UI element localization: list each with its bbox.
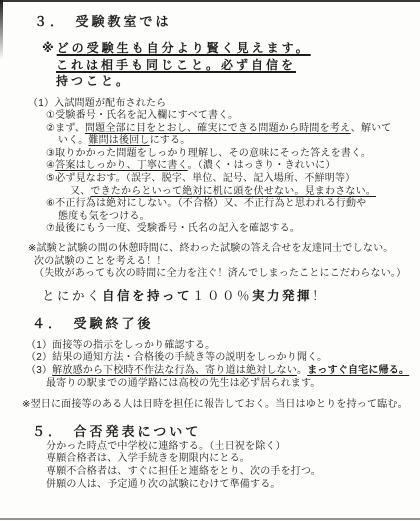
text-run: ①受験番号・氏名を記入欄にすべて書く。 bbox=[46, 110, 238, 121]
document-body: ３． 受験教室では※どの受験生も自分より賢く見えます。これは相手も同じこと。必ず… bbox=[0, 0, 420, 491]
text-run: ４． 受験終了後 bbox=[32, 316, 154, 331]
notice-line-3: 持つこと。 bbox=[0, 73, 420, 90]
text-run: （2）結果の通知方法・合格後の手続き等の説明をしっかり聞く。 bbox=[26, 352, 327, 363]
text-run: 最寄りの駅までの通学路には高校の先生は必ず居られます。 bbox=[46, 378, 321, 389]
text-run: 自信を持って bbox=[102, 289, 192, 303]
text-run: 専願不合格者は、すぐに担任と連絡をとり、次の手を打つ。 bbox=[46, 466, 321, 477]
text-run: （1）入試問題が配布されたら bbox=[28, 98, 166, 109]
item-4: ④答案はしっかり、丁寧に書く。（濃く・はっきり・きれいに） bbox=[0, 160, 420, 173]
note-nextday: ※翌日に面接等のある人は日時を担任に報告しておく。当日はゆとりを持って臨む。 bbox=[0, 399, 420, 412]
result-3: 専願不合格者は、すぐに担任と連絡をとり、次の手を打つ。 bbox=[0, 466, 420, 479]
note-break-2: 次の試験のことを考える！！ bbox=[0, 256, 420, 269]
item-7: ⑦最後にもう一度、受験番号・氏名の記入を確認する。 bbox=[0, 223, 420, 236]
text-run: ⑥不正行為は絶対にしない。（不合格）又、不正行為と思われる行動や bbox=[46, 198, 366, 209]
text-run: とにかく bbox=[42, 289, 102, 303]
text-run: １００％ bbox=[192, 289, 252, 303]
text-run: ！ bbox=[312, 289, 327, 303]
section-5-heading: ５． 合否発表について bbox=[0, 424, 420, 440]
text-run: ※翌日に面接等のある人は日時を担任に報告しておく。当日はゆとりを持って臨む。 bbox=[22, 399, 408, 410]
text-run: 。（濃く・はっきり・きれいに） bbox=[188, 160, 336, 171]
result-1: 分かった時点で中学校に連絡する。（土日祝を除く） bbox=[0, 441, 420, 454]
text-run: （3） bbox=[26, 365, 52, 376]
item-5b: 又、できたからといって絶対に机に頭を伏せない。見まわさない。 bbox=[0, 186, 420, 199]
text-run: ⑤必ず見なおす。（誤字、脱字、単位、記号、記入場所、不鮮明等） bbox=[46, 173, 355, 184]
text-run: 解放感から下校時不作法な行為、寄り道は絶対しない bbox=[52, 365, 297, 376]
text-run: 持つこと。 bbox=[56, 74, 131, 88]
item-5a: ⑤必ず見なおす。（誤字、脱字、単位、記号、記入場所、不鮮明等） bbox=[0, 173, 420, 186]
section-4-heading: ４． 受験終了後 bbox=[0, 316, 420, 332]
result-2: 専願合格者は、入学手続きを期限内にとる。 bbox=[0, 453, 420, 466]
text-run: 答案はしっかり、丁寧に書く bbox=[55, 160, 187, 171]
text-run: 。 bbox=[297, 365, 307, 376]
text-run: ※試験と試験の間の休憩時間に、終わった試験の答え合せを友達同士でしない。 bbox=[28, 243, 393, 254]
text-run: 難問は後回し bbox=[88, 135, 149, 146]
text-run: ３． 受験教室では bbox=[34, 14, 172, 29]
scanned-document-page: ３． 受験教室では※どの受験生も自分より賢く見えます。これは相手も同じこと。必ず… bbox=[0, 0, 420, 521]
text-run: ５． 合否発表について bbox=[32, 424, 201, 439]
text-run: 態度も気をつける。 bbox=[58, 211, 150, 222]
item-6b: 態度も気をつける。 bbox=[0, 211, 420, 224]
item-2b: いく。難問は後回しにする。 bbox=[0, 135, 420, 148]
text-run: 次の試験のことを考える！！ bbox=[34, 256, 167, 267]
text-run: ※ bbox=[42, 41, 57, 55]
text-run: （失敗があっても次の時間に全力を注ぐ！済んでしまったことにこだわらない。） bbox=[34, 268, 406, 279]
item-2a: ②まず、問題全部に目をとおし、確実にできる問題から時間を考え、解いて bbox=[0, 123, 420, 136]
text-run: ②まず、 bbox=[46, 123, 85, 134]
result-4: 併願の人は、予定通り次の試験にむけて準備する。 bbox=[0, 479, 420, 492]
banner-confidence: とにかく自信を持って１００％実力発揮！ bbox=[0, 288, 420, 305]
text-run: 又、 bbox=[70, 186, 90, 197]
text-run: ④ bbox=[46, 160, 55, 171]
notice-line-2: これは相手も同じこと。必ず自信を bbox=[0, 57, 420, 74]
text-run: にする。 bbox=[150, 135, 191, 146]
text-run: 分かった時点で中学校に連絡する。（土日祝を除く） bbox=[46, 441, 286, 452]
text-run: ⑦最後にもう一度、受験番号・氏名の記入を確認する。 bbox=[46, 223, 300, 234]
text-run: どの受験生も自分より賢く見えます。 bbox=[57, 41, 311, 55]
after-2: （2）結果の通知方法・合格後の手続き等の説明をしっかり聞く。 bbox=[0, 352, 420, 365]
item-3: ③取りかかった問題をしっかり理解し、その意味にそった答えを書く。 bbox=[0, 148, 420, 161]
text-run: ③取りかかった問題をしっかり理解し、その意味にそった答えを書く。 bbox=[46, 148, 371, 159]
text-run: 問題全部に目をとおし、確実にできる問題から時間を考え bbox=[85, 123, 351, 134]
text-run: これは相手も同じこと。必ず自信を bbox=[56, 58, 296, 72]
after-3b: 最寄りの駅までの通学路には高校の先生は必ず居られます。 bbox=[0, 378, 420, 391]
item-1: ①受験番号・氏名を記入欄にすべて書く。 bbox=[0, 110, 420, 123]
text-run: 、解いて bbox=[351, 123, 392, 134]
text-run: できたからといって絶対に机に頭を伏せない。見まわさない。 bbox=[90, 186, 376, 197]
scan-artifact-bottom-edge bbox=[0, 518, 420, 520]
note-break-3: （失敗があっても次の時間に全力を注ぐ！済んでしまったことにこだわらない。） bbox=[0, 268, 420, 281]
text-run: 実力発揮 bbox=[252, 289, 312, 303]
text-run: 専願合格者は、入学手続きを期限内にとる。 bbox=[46, 453, 250, 464]
text-run: （1）面接等の指示をしっかり確認する。 bbox=[26, 340, 215, 351]
text-run: いく。 bbox=[58, 135, 88, 146]
text-run: 併願の人は、予定通り次の試験にむけて準備する。 bbox=[46, 479, 281, 490]
text-run: まっすぐ自宅に帰る。 bbox=[307, 365, 409, 376]
notice-line-1: ※どの受験生も自分より賢く見えます。 bbox=[0, 40, 420, 57]
note-break-1: ※試験と試験の間の休憩時間に、終わった試験の答え合せを友達同士でしない。 bbox=[0, 243, 420, 256]
after-1: （1）面接等の指示をしっかり確認する。 bbox=[0, 340, 420, 353]
item-6a: ⑥不正行為は絶対にしない。（不合格）又、不正行為と思われる行動や bbox=[0, 198, 420, 211]
list1-intro: （1）入試問題が配布されたら bbox=[0, 98, 420, 111]
after-3a: （3）解放感から下校時不作法な行為、寄り道は絶対しない。まっすぐ自宅に帰る。 bbox=[0, 365, 420, 378]
section-3-heading: ３． 受験教室では bbox=[0, 14, 420, 30]
